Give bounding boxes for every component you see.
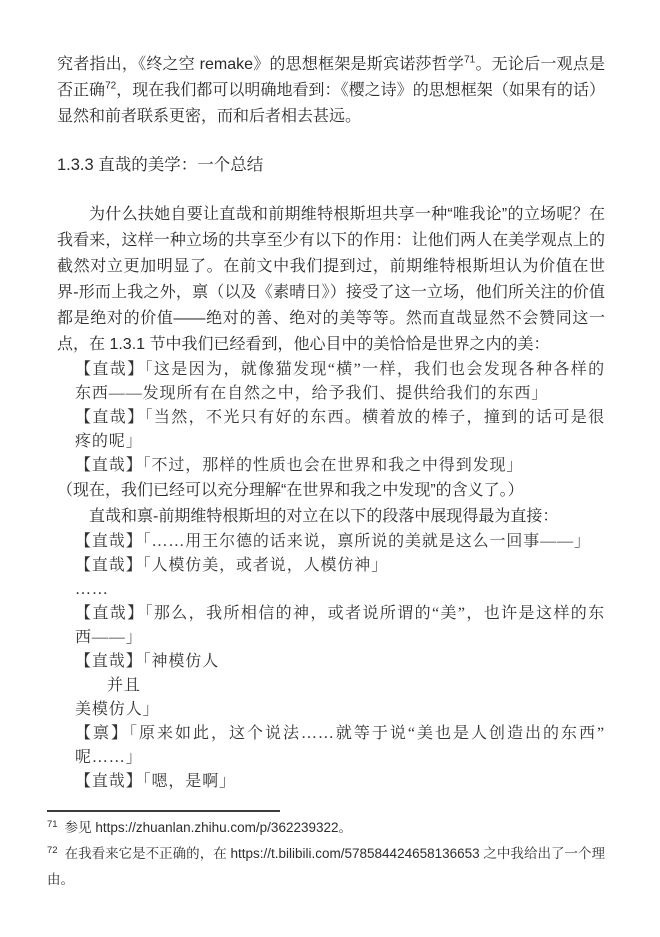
dialogue-line: 【禀】「原来如此，这个说法……就等于说“美也是人创造出的东西”呢……」 [75,722,605,770]
footnote-marker-71: 71 [47,819,58,830]
aside-note: （现在，我们已经可以充分理解“在世界和我之中发现”的含义了。） [57,478,605,504]
footnote-divider [47,810,280,812]
section-heading: 1.3.3 直哉的美学：一个总结 [57,152,605,178]
intro-text-c: ，现在我们都可以明确地看到：《樱之诗》的思想框架（如果有的话）显然和前者联系更密… [57,82,605,125]
dialogue-block-2: 【直哉】「……用王尔德的话来说，禀所说的美就是这么一回事——」 【直哉】「人模仿… [75,530,605,794]
footnote-marker-72: 72 [47,845,58,856]
dialogue-line: 【直哉】「……用王尔德的话来说，禀所说的美就是这么一回事——」 [75,530,605,554]
dialogue-line: 【直哉】「这是因为，就像猫发现“横”一样，我们也会发现各种各样的东西——发现所有… [75,358,605,406]
lead-line: 直哉和禀-前期维特根斯坦的对立在以下的段落中展现得最为直接： [57,504,605,530]
footnote-72: 72在我看来它是不正确的，在 https://t.bilibili.com/57… [47,841,605,893]
dialogue-block-1: 【直哉】「这是因为，就像猫发现“横”一样，我们也会发现各种各样的东西——发现所有… [75,358,605,478]
footnote-ref-72: 72 [105,81,116,92]
footnote-71: 71参见 https://zhuanlan.zhihu.com/p/362239… [47,815,605,841]
intro-text-a: 究者指出，《终之空 remake》的思想框架是斯宾诺莎哲学 [57,56,464,73]
dialogue-line: 【直哉】「当然，不光只有好的东西。横着放的棒子，撞到的话可是很疼的呢」 [75,406,605,454]
dialogue-line: 【直哉】「神模仿人 [75,650,605,674]
footnote-72-text: 在我看来它是不正确的，在 https://t.bilibili.com/5785… [47,846,605,887]
paragraph-intro: 究者指出，《终之空 remake》的思想框架是斯宾诺莎哲学71。无论后一观点是否… [57,52,605,130]
poem-line: 并且 [75,674,605,698]
poem-line: 美模仿人」 [75,698,605,722]
footnotes-section: 71参见 https://zhuanlan.zhihu.com/p/362239… [47,810,605,893]
document-page: 究者指出，《终之空 remake》的思想框架是斯宾诺莎哲学71。无论后一观点是否… [0,0,660,937]
dialogue-line: 【直哉】「那么，我所相信的神，或者说所谓的“美”，也许是这样的东西——」 [75,602,605,650]
paragraph-argument: 为什么扶她自要让直哉和前期维特根斯坦共享一种“唯我论”的立场呢？在我看来，这样一… [57,202,605,358]
dialogue-line: 【直哉】「不过，那样的性质也会在世界和我之中得到发现」 [75,454,605,478]
dialogue-line: 【直哉】「人模仿美，或者说，人模仿神」 [75,554,605,578]
footnote-ref-71: 71 [464,55,475,66]
dialogue-line: 【直哉】「嗯，是啊」 [75,770,605,794]
ellipsis-line: …… [75,578,605,602]
footnote-71-text: 参见 https://zhuanlan.zhihu.com/p/36223932… [65,820,352,835]
